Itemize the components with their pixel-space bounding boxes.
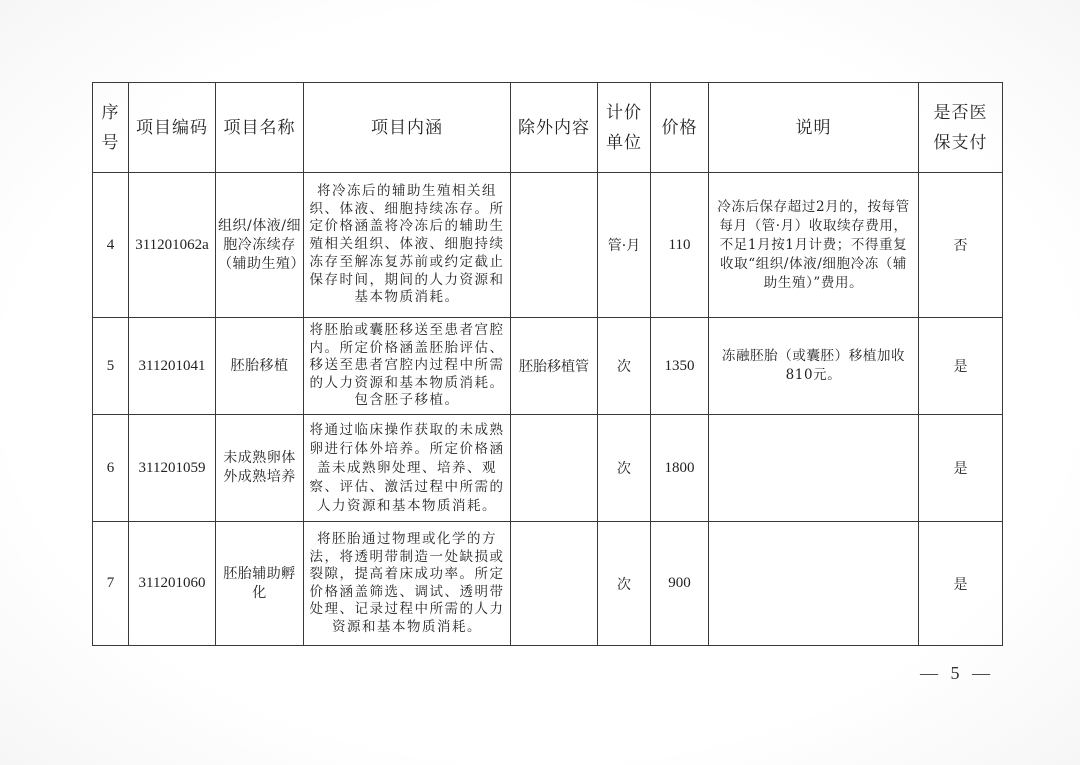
- cell-price: 1800: [651, 415, 709, 522]
- header-insurance: 是否医保支付: [919, 83, 1003, 173]
- cell-unit: 次: [598, 415, 651, 522]
- header-price: 价格: [651, 83, 709, 173]
- cell-price: 900: [651, 522, 709, 646]
- medical-price-table: 序号 项目编码 项目名称 项目内涵 除外内容 计价单位 价格 说明 是否医保支付…: [92, 82, 1003, 646]
- cell-name: 未成熟卵体外成熟培养: [216, 415, 304, 522]
- cell-exclusions: [511, 415, 598, 522]
- cell-price: 1350: [651, 318, 709, 415]
- cell-insurance: 是: [919, 415, 1003, 522]
- header-seq: 序号: [93, 83, 129, 173]
- cell-code: 311201041: [129, 318, 216, 415]
- table-row: 7 311201060 胚胎辅助孵化 将胚胎通过物理或化学的方法，将透明带制造一…: [93, 522, 1003, 646]
- cell-note: 冷冻后保存超过2月的，按每管每月（管·月）收取续存费用，不足1月按1月计费；不得…: [709, 173, 919, 318]
- cell-exclusions: [511, 173, 598, 318]
- cell-seq: 6: [93, 415, 129, 522]
- cell-seq: 5: [93, 318, 129, 415]
- header-note: 说明: [709, 83, 919, 173]
- cell-price: 110: [651, 173, 709, 318]
- header-name: 项目名称: [216, 83, 304, 173]
- table-row: 6 311201059 未成熟卵体外成熟培养 将通过临床操作获取的未成熟卵进行体…: [93, 415, 1003, 522]
- page-number: — 5 —: [920, 663, 994, 684]
- header-code: 项目编码: [129, 83, 216, 173]
- cell-content: 将胚胎或囊胚移送至患者宫腔内。所定价格涵盖胚胎评估、移送至患者宫腔内过程中所需的…: [304, 318, 511, 415]
- cell-code: 311201059: [129, 415, 216, 522]
- cell-name: 胚胎辅助孵化: [216, 522, 304, 646]
- cell-name: 组织/体液/细胞冷冻续存（辅助生殖）: [216, 173, 304, 318]
- header-content: 项目内涵: [304, 83, 511, 173]
- header-unit: 计价单位: [598, 83, 651, 173]
- cell-content: 将胚胎通过物理或化学的方法，将透明带制造一处缺损或裂隙，提高着床成功率。所定价格…: [304, 522, 511, 646]
- cell-note: 冻融胚胎（或囊胚）移植加收810元。: [709, 318, 919, 415]
- cell-exclusions: 胚胎移植管: [511, 318, 598, 415]
- cell-seq: 4: [93, 173, 129, 318]
- cell-insurance: 是: [919, 522, 1003, 646]
- cell-code: 311201060: [129, 522, 216, 646]
- cell-content: 将通过临床操作获取的未成熟卵进行体外培养。所定价格涵盖未成熟卵处理、培养、观察、…: [304, 415, 511, 522]
- cell-unit: 次: [598, 522, 651, 646]
- header-exclusions: 除外内容: [511, 83, 598, 173]
- header-row: 序号 项目编码 项目名称 项目内涵 除外内容 计价单位 价格 说明 是否医保支付: [93, 83, 1003, 173]
- table-row: 4 311201062a 组织/体液/细胞冷冻续存（辅助生殖） 将冷冻后的辅助生…: [93, 173, 1003, 318]
- cell-note: [709, 522, 919, 646]
- cell-note: [709, 415, 919, 522]
- cell-unit: 管·月: [598, 173, 651, 318]
- cell-content: 将冷冻后的辅助生殖相关组织、体液、细胞持续冻存。所定价格涵盖将冷冻后的辅助生殖相…: [304, 173, 511, 318]
- cell-insurance: 否: [919, 173, 1003, 318]
- cell-seq: 7: [93, 522, 129, 646]
- cell-name: 胚胎移植: [216, 318, 304, 415]
- table-row: 5 311201041 胚胎移植 将胚胎或囊胚移送至患者宫腔内。所定价格涵盖胚胎…: [93, 318, 1003, 415]
- cell-insurance: 是: [919, 318, 1003, 415]
- cell-code: 311201062a: [129, 173, 216, 318]
- cell-unit: 次: [598, 318, 651, 415]
- cell-exclusions: [511, 522, 598, 646]
